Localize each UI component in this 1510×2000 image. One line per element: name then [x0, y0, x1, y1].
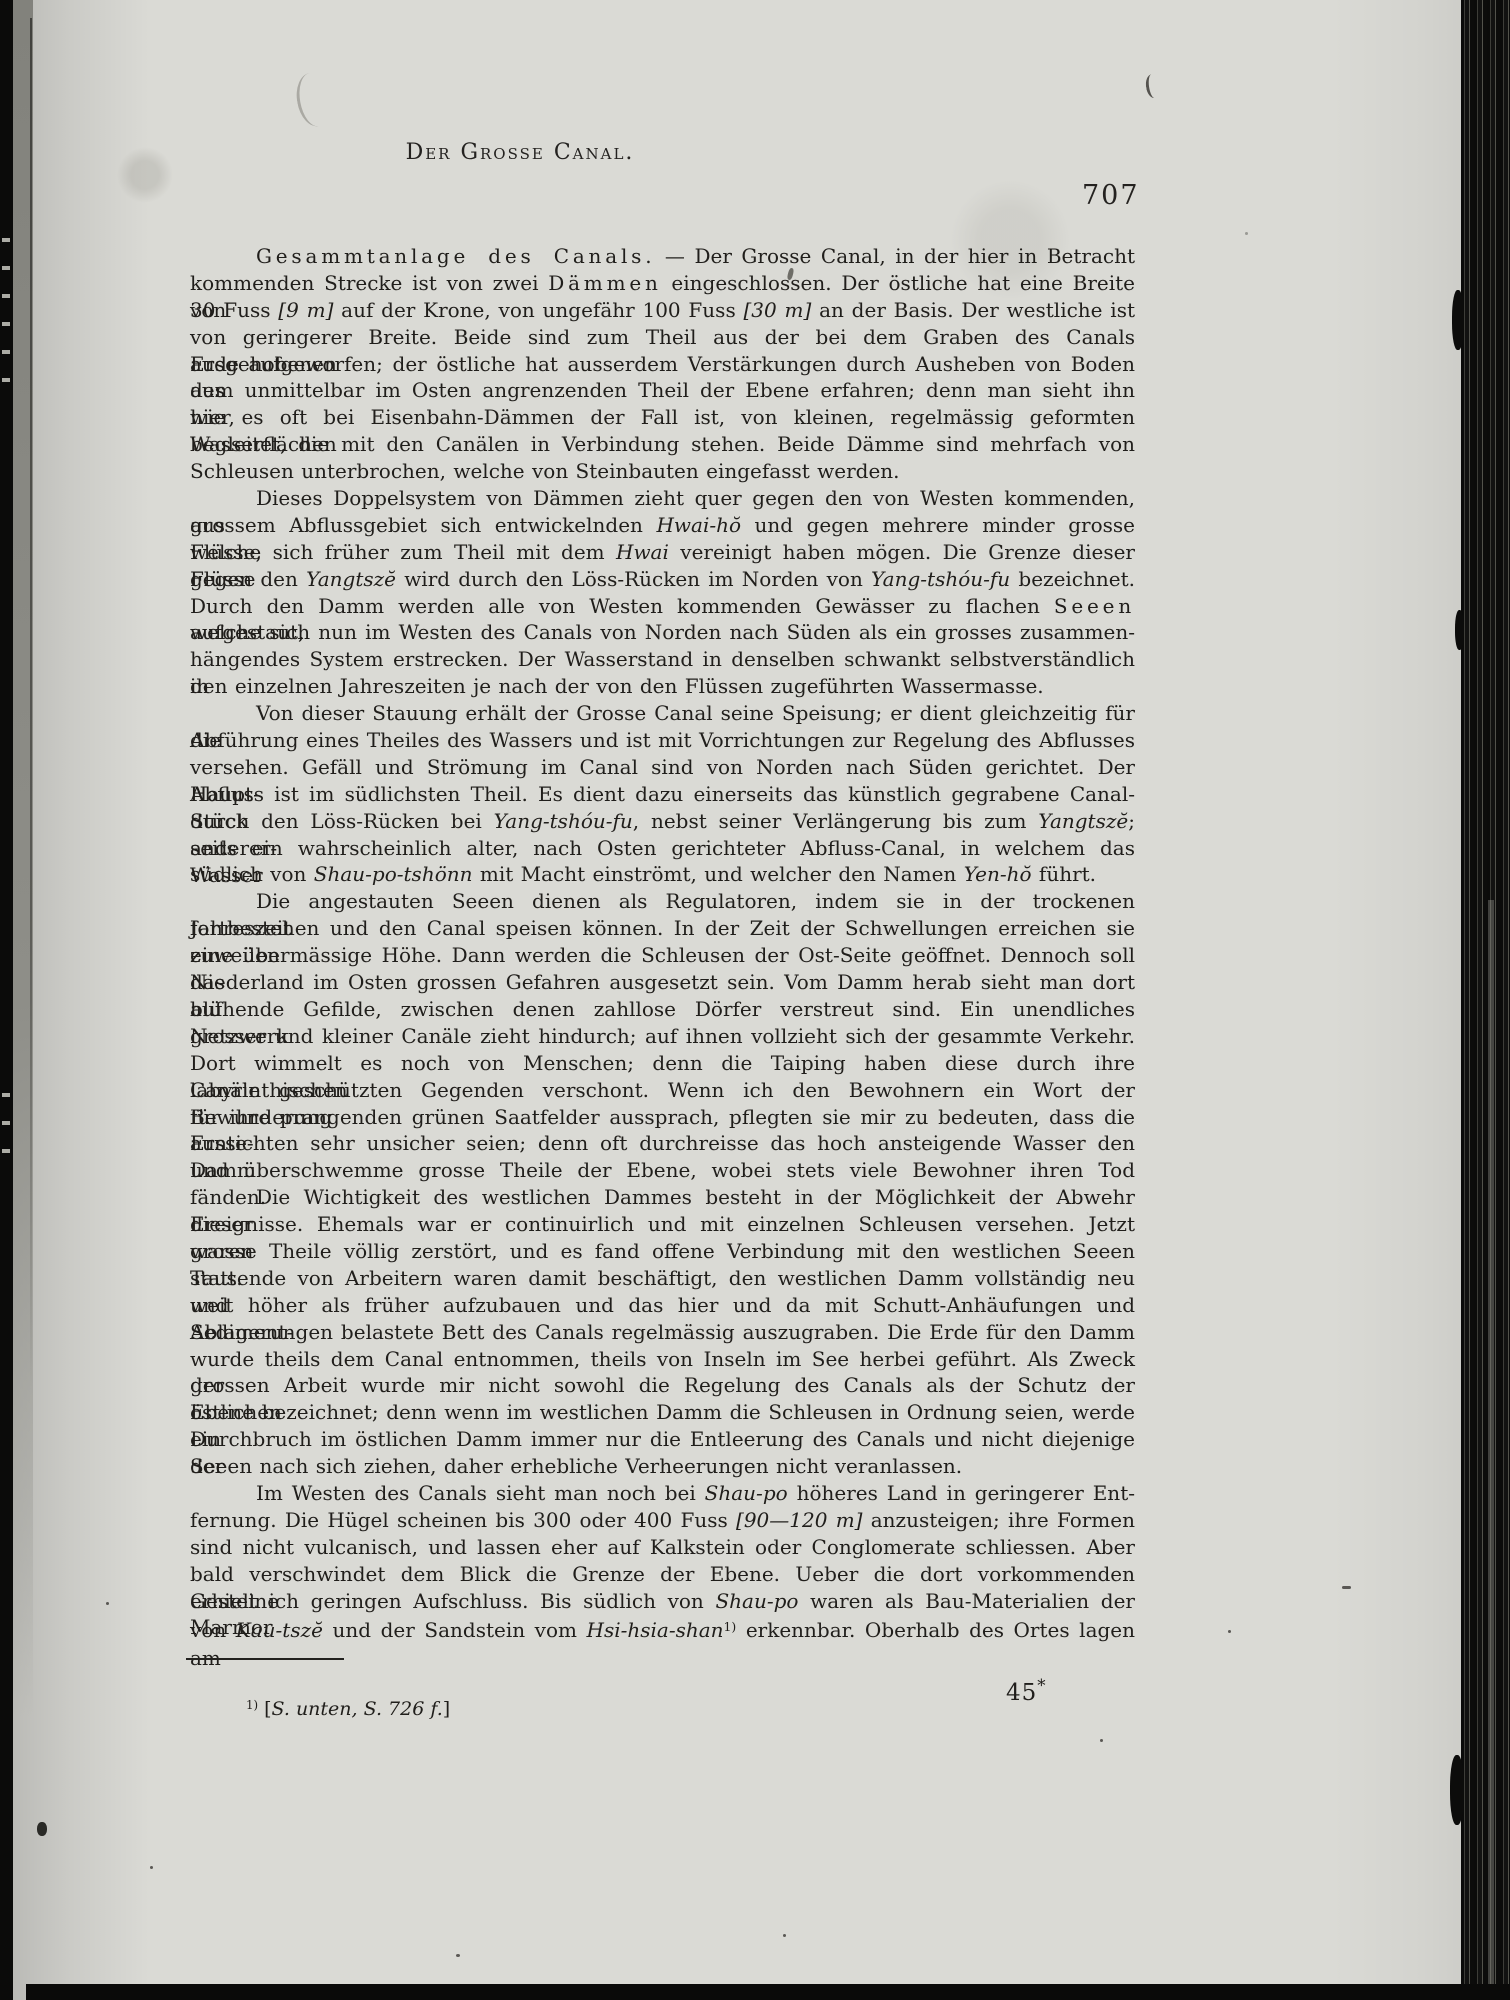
text-run: fernung. Die Hügel scheinen bis 300 oder…	[190, 1508, 736, 1532]
footnote-reference: 1)	[724, 1619, 737, 1634]
text-line: hängendes System erstrecken. Der Wassers…	[190, 646, 1135, 673]
italic-term: Shau-po	[715, 1589, 798, 1613]
pen-mark	[1144, 73, 1164, 99]
text-run: höheres Land in geringerer Ent-	[788, 1481, 1135, 1505]
text-line: Durchbruch im östlichen Damm immer nur d…	[190, 1426, 1135, 1453]
text-run: führt.	[1032, 862, 1096, 886]
text-line: Die angestauten Seeen dienen als Regulat…	[190, 888, 1135, 915]
text-run: auf der Krone, von ungefähr 100 Fuss	[333, 298, 743, 322]
text-line: grossem Abflussgebiet sich entwickelnden…	[190, 512, 1135, 539]
text-line: dem unmittelbar im Osten angrenzenden Th…	[190, 377, 1135, 404]
text-run: südlich von	[190, 862, 314, 886]
footnote-line: 1) [S. unten, S. 726 f.]	[246, 1692, 450, 1722]
text-line: von Kau-tszĕ und der Sandstein vom Hsi-h…	[190, 1614, 1135, 1641]
book-fore-edge	[1461, 0, 1510, 2000]
page-bleed-mark	[2, 350, 10, 354]
fore-edge-highlight	[1488, 900, 1494, 2000]
footnote: 1) [S. unten, S. 726 f.]	[246, 1692, 450, 1722]
text-line: Von dieser Stauung erhält der Grosse Can…	[190, 700, 1135, 727]
text-line: Abführung eines Theiles des Wassers und …	[190, 727, 1135, 754]
text-run: grosser und kleiner Canäle zieht hindurc…	[190, 1024, 1135, 1048]
ink-speck	[1100, 1739, 1103, 1742]
text-line: Canäle geschützten Gegenden verschont. W…	[190, 1077, 1135, 1104]
text-run: Seeen nach sich ziehen, daher erhebliche…	[190, 1454, 962, 1478]
text-line: grossen Arbeit wurde mir nicht sowohl di…	[190, 1372, 1135, 1399]
text-line: Niederland im Osten grossen Gefahren aus…	[190, 969, 1135, 996]
text-line: versehen. Gefäll und Strömung im Canal s…	[190, 754, 1135, 781]
paragraph: Im Westen des Canals sieht man noch bei …	[190, 1480, 1135, 1641]
ink-speck	[106, 1602, 109, 1605]
text-run: Im Westen des Canals sieht man noch bei	[256, 1481, 705, 1505]
page-bleed-mark	[2, 266, 10, 270]
footnote-rule	[186, 1658, 344, 1660]
text-run: Ablagerungen belastete Bett des Canals r…	[190, 1320, 1135, 1344]
ink-speck	[150, 1866, 153, 1869]
text-line: Ereignisse. Ehemals war er continuirlich…	[190, 1211, 1135, 1238]
body-text: Gesammtanlage des Canals. — Der Grosse C…	[190, 243, 1135, 1641]
text-line: Gesammtanlage des Canals. — Der Grosse C…	[190, 243, 1135, 270]
ink-speck	[1342, 1586, 1351, 1589]
italic-term: Yang-tshóu-fu	[494, 809, 633, 833]
text-line: für ihre prangenden grünen Saatfelder au…	[190, 1104, 1135, 1131]
italic-term: Shau-po	[705, 1481, 788, 1505]
italic-term: [9 m]	[278, 298, 333, 322]
signature-mark: 45*	[1006, 1676, 1047, 1706]
italic-term: [90—120 m]	[736, 1508, 862, 1532]
italic-term: [30 m]	[744, 298, 812, 322]
text-line: Im Westen des Canals sieht man noch bei …	[190, 1480, 1135, 1507]
ink-speck	[1245, 232, 1248, 235]
scan-bottom-edge	[26, 1984, 1510, 2000]
page-bleed-mark	[2, 1121, 10, 1125]
text-run: begleitet, die mit den Canälen in Verbin…	[190, 432, 1135, 456]
letterspaced-text: Seeen	[1054, 594, 1135, 618]
scan-left-edge	[0, 0, 13, 2000]
text-run: wird durch den Löss-Rücken im Norden von	[396, 567, 871, 591]
text-line: wie es oft bei Eisenbahn-Dämmen der Fall…	[190, 404, 1135, 431]
italic-term: Yangtszĕ	[1038, 809, 1128, 833]
text-line: gegen den Yangtszĕ wird durch den Löss-R…	[190, 566, 1135, 593]
text-run: bezeichnet.	[1010, 567, 1135, 591]
text-line: seits ein wahrscheinlich alter, nach Ost…	[190, 835, 1135, 862]
ink-speck	[783, 1934, 786, 1937]
italic-term: Shau-po-tshönn	[314, 862, 473, 886]
text-line: blühende Gefilde, zwischen denen zahllos…	[190, 996, 1135, 1023]
text-run: kommenden Strecke ist von zwei	[190, 271, 548, 295]
text-run: und der Sandstein vom	[323, 1619, 587, 1643]
fore-edge-bump	[1455, 610, 1464, 650]
text-line: aussichten sehr unsicher seien; denn oft…	[190, 1130, 1135, 1157]
text-line: Tausende von Arbeitern waren damit besch…	[190, 1265, 1135, 1292]
text-line: Seeen nach sich ziehen, daher erhebliche…	[190, 1453, 1135, 1480]
ink-speck	[640, 1490, 643, 1492]
letterspaced-text: Gesammtanlage des Canals.	[256, 244, 655, 268]
fore-edge-bump	[1450, 1755, 1464, 1825]
page-edge-line	[30, 18, 32, 1388]
text-run: anzusteigen; ihre Formen	[862, 1508, 1135, 1532]
text-line: Schleusen unterbrochen, welche von Stein…	[190, 458, 1135, 485]
text-line: erhielt ich geringen Aufschluss. Bis süd…	[190, 1588, 1135, 1615]
text-line: Abfluss ist im südlichsten Theil. Es die…	[190, 781, 1135, 808]
page-bleed-mark	[2, 238, 10, 242]
letterspaced-text: Dämmen	[548, 271, 661, 295]
ink-speck	[570, 1035, 573, 1037]
text-run: welche sich nun im Westen des Canals von…	[190, 620, 1135, 644]
text-line: sind nicht vulcanisch, und lassen eher a…	[190, 1534, 1135, 1561]
text-line: von geringerer Breite. Beide sind zum Th…	[190, 324, 1135, 351]
scanned-book-page: Der Grosse Canal. 707 Gesammtanlage des …	[0, 0, 1510, 2000]
text-line: Dieses Doppelsystem von Dämmen zieht que…	[190, 485, 1135, 512]
signature-star: *	[1037, 1676, 1046, 1695]
text-line: begleitet, die mit den Canälen in Verbin…	[190, 431, 1135, 458]
text-line: Erde aufgeworfen; der östliche hat ausse…	[190, 351, 1135, 378]
text-run: durch den Löss-Rücken bei	[190, 809, 494, 833]
text-run: Durch den Damm werden alle von Westen ko…	[190, 594, 1054, 618]
text-line: südlich von Shau-po-tshönn mit Macht ein…	[190, 861, 1135, 888]
ink-speck	[1228, 1630, 1231, 1633]
text-run: 30 Fuss	[190, 298, 278, 322]
italic-term: Yen-hŏ	[964, 862, 1032, 886]
italic-term: Hwai	[616, 540, 669, 564]
text-line: weit höher als früher aufzubauen und das…	[190, 1292, 1135, 1319]
text-run: sind nicht vulcanisch, und lassen eher a…	[190, 1535, 1135, 1559]
text-line: grosse Theile völlig zerstört, und es fa…	[190, 1238, 1135, 1265]
text-run: Abführung eines Theiles des Wassers und …	[190, 728, 1135, 752]
page-bleed-mark	[2, 378, 10, 382]
text-line: Die Wichtigkeit des westlichen Dammes be…	[190, 1184, 1135, 1211]
text-line: Ebene bezeichnet; denn wenn im westliche…	[190, 1399, 1135, 1426]
text-line: fortbestehen und den Canal speisen könne…	[190, 915, 1135, 942]
text-run: mit Macht einströmt, und welcher den Nam…	[473, 862, 964, 886]
paragraph: Von dieser Stauung erhält der Grosse Can…	[190, 700, 1135, 888]
pen-mark	[293, 69, 343, 129]
text-line: durch den Löss-Rücken bei Yang-tshóu-fu,…	[190, 808, 1135, 835]
text-run: gegen den	[190, 567, 306, 591]
text-line: und überschwemme grosse Theile der Ebene…	[190, 1157, 1135, 1184]
signature-number: 45	[1006, 1680, 1037, 1706]
text-line: fernung. Die Hügel scheinen bis 300 oder…	[190, 1507, 1135, 1534]
text-line: wurde theils dem Canal entnommen, theils…	[190, 1346, 1135, 1373]
page-bleed-mark	[2, 294, 10, 298]
text-run: den einzelnen Jahreszeiten je nach der v…	[190, 674, 1044, 698]
text-run: , nebst seiner Verlängerung bis zum	[633, 809, 1039, 833]
page-bleed-mark	[2, 1149, 10, 1153]
text-line: eine übermässige Höhe. Dann werden die S…	[190, 942, 1135, 969]
text-run: ]	[443, 1698, 450, 1720]
text-line: grosser und kleiner Canäle zieht hindurc…	[190, 1023, 1135, 1050]
text-line: kommenden Strecke ist von zwei Dämmen ei…	[190, 270, 1135, 297]
running-title: Der Grosse Canal.	[190, 140, 850, 165]
italic-term: S. unten, S. 726 f.	[272, 1698, 443, 1720]
italic-term: Hwai-hŏ	[656, 513, 741, 537]
text-run: von	[190, 1619, 236, 1643]
italic-term: Kau-tszĕ	[236, 1619, 323, 1643]
paragraph: Gesammtanlage des Canals. — Der Grosse C…	[190, 243, 1135, 485]
text-line: welche sich nun im Westen des Canals von…	[190, 619, 1135, 646]
text-run: welche sich früher zum Theil mit dem	[190, 540, 616, 564]
text-run: an der Basis. Der westliche ist	[811, 298, 1135, 322]
text-run: erhielt ich geringen Aufschluss. Bis süd…	[190, 1589, 715, 1613]
footnote-reference: 1)	[246, 1698, 258, 1712]
text-line: 30 Fuss [9 m] auf der Krone, von ungefäh…	[190, 297, 1135, 324]
fore-edge-bump	[1452, 290, 1464, 350]
text-run: [	[258, 1698, 271, 1720]
text-line: Dort wimmelt es noch von Menschen; denn …	[190, 1050, 1135, 1077]
text-line: Ablagerungen belastete Bett des Canals r…	[190, 1319, 1135, 1346]
italic-term: Yang-tshóu-fu	[871, 567, 1010, 591]
text-line: welche sich früher zum Theil mit dem Hwa…	[190, 539, 1135, 566]
page-bleed-mark	[2, 322, 10, 326]
text-run: grossem Abflussgebiet sich entwickelnden	[190, 513, 656, 537]
text-run: Schleusen unterbrochen, welche von Stein…	[190, 459, 900, 483]
italic-term: Yangtszĕ	[306, 567, 396, 591]
paragraph: Dieses Doppelsystem von Dämmen zieht que…	[190, 485, 1135, 700]
text-line: Durch den Damm werden alle von Westen ko…	[190, 593, 1135, 620]
text-line: bald verschwindet dem Blick die Grenze d…	[190, 1561, 1135, 1588]
paragraph: Die angestauten Seeen dienen als Regulat…	[190, 888, 1135, 1184]
page-bleed-mark	[2, 1093, 10, 1097]
paragraph: Die Wichtigkeit des westlichen Dammes be…	[190, 1184, 1135, 1480]
ink-speck	[456, 1954, 460, 1957]
text-run: — Der Grosse Canal, in der hier in Betra…	[655, 244, 1135, 268]
italic-term: Hsi-hsia-shan	[587, 1619, 724, 1643]
page-number: 707	[1082, 180, 1140, 211]
text-line: den einzelnen Jahreszeiten je nach der v…	[190, 673, 1135, 700]
ink-speck	[37, 1822, 47, 1836]
